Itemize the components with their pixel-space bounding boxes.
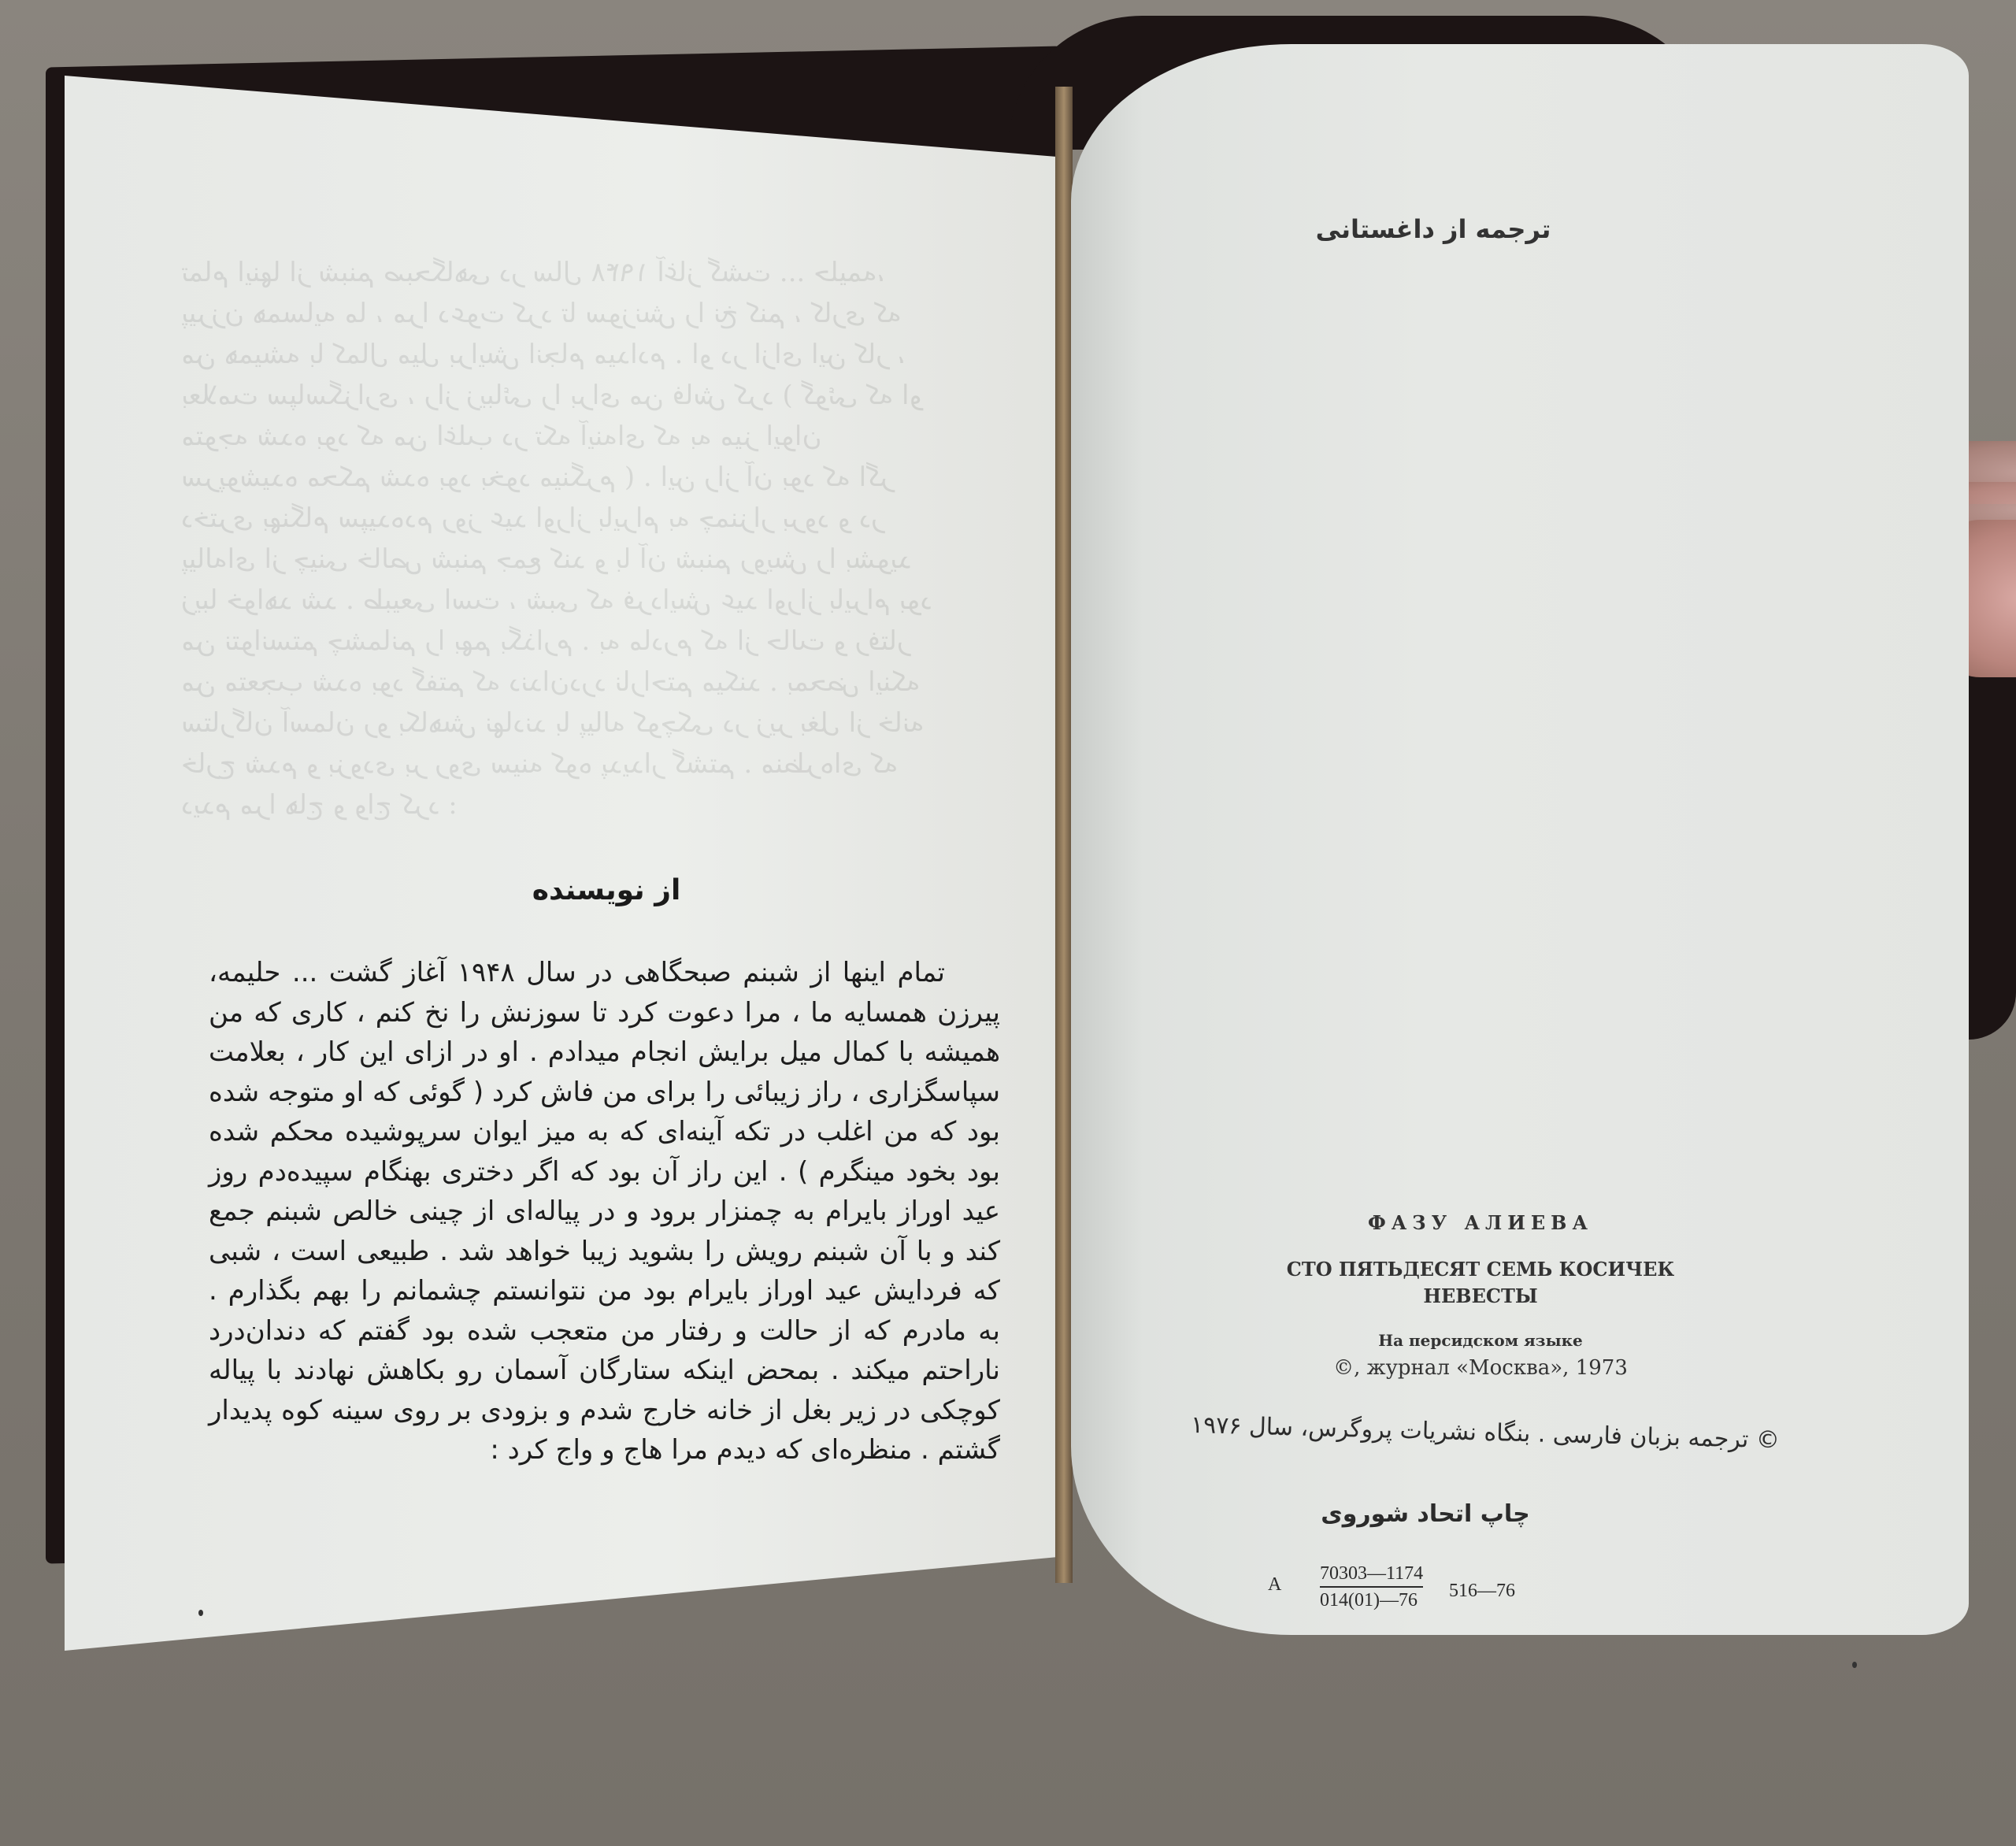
translated-from-label: ترجمه از داغستانی <box>1291 214 1575 244</box>
book-title-line-2: НЕВЕСТЫ <box>1181 1283 1780 1310</box>
right-page <box>1071 44 1969 1635</box>
preface-heading: از نویسنده <box>472 874 740 906</box>
catalog-numerator: 70303—1174 <box>1320 1563 1423 1588</box>
author-name: ФАЗУ АЛИЕВА <box>1181 1211 1780 1234</box>
printed-in-label: چاپ اتحاد شوروی <box>1291 1500 1559 1528</box>
catalog-suffix: 516—76 <box>1449 1581 1515 1602</box>
show-through-text: تمام اینها از شبنم صبحگاهی در سال ۱۹۴۸ آ… <box>181 252 937 945</box>
book-spine-gutter <box>1055 87 1073 1583</box>
catalog-code: A 70303—1174 014(01)—76 516—76 <box>1268 1563 1583 1618</box>
language-note: На персидском языке <box>1181 1331 1780 1350</box>
copyright-russian: ©, журнал «Москва», 1973 <box>1181 1356 1780 1380</box>
catalog-denominator: 014(01)—76 <box>1320 1590 1417 1611</box>
ink-speck <box>198 1610 203 1616</box>
preface-body: تمام اینها از شبنم صبحگاهی در سال ۱۹۴۸ آ… <box>209 953 1000 1470</box>
book-title: СТО ПЯТЬДЕСЯТ СЕМЬ КОСИЧЕК НЕВЕСТЫ <box>1181 1256 1780 1310</box>
preface-paragraph: تمام اینها از شبنم صبحگاهی در سال ۱۹۴۸ آ… <box>209 953 1000 1470</box>
ink-speck <box>1852 1662 1857 1668</box>
catalog-letter: A <box>1268 1574 1281 1596</box>
book-title-line-1: СТО ПЯТЬДЕСЯТ СЕМЬ КОСИЧЕК <box>1181 1256 1780 1283</box>
